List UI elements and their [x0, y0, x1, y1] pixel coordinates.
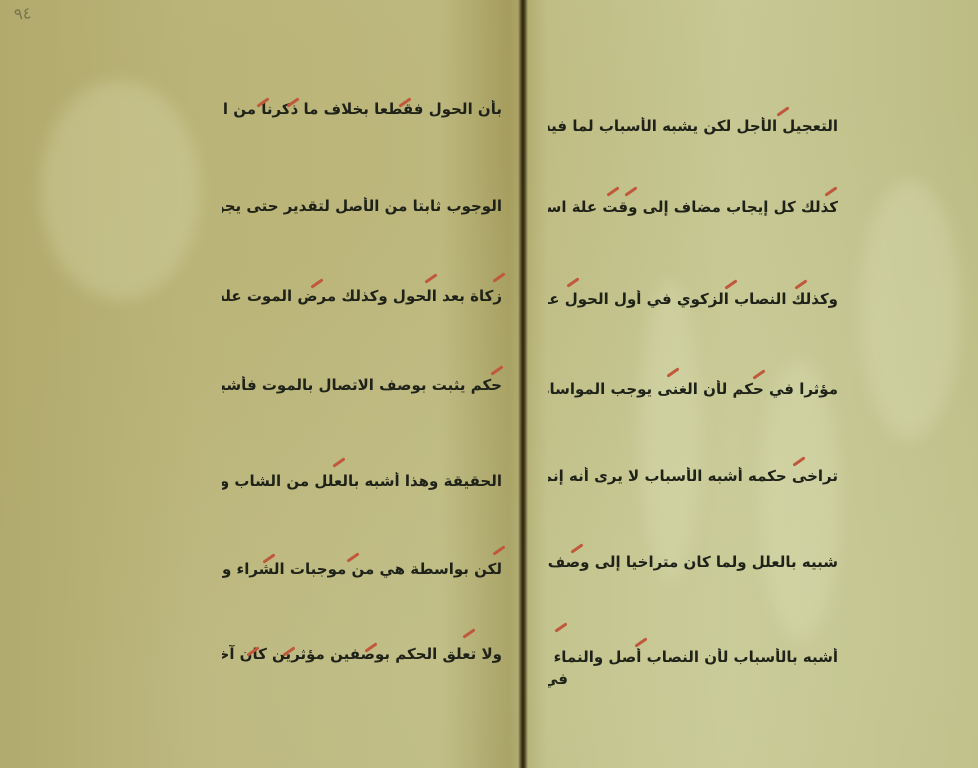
text-line: شبيه بالعلل ولما كان متراخيا إلى وصف لا … [548, 553, 838, 571]
text-line: كذلك كل إيجاب مضاف إلى وقت علة اسما ومعن… [548, 198, 838, 216]
rubric-mark [462, 628, 475, 638]
text-line: ولا تعلق الحكم بوصفين مؤثرين كان آخرهما … [222, 645, 502, 663]
rubric-mark [752, 369, 765, 379]
rubric-mark [606, 186, 619, 196]
text-line: مؤثرا في حكم لأن الغنى يوجب المواساة لكن… [548, 380, 838, 398]
rubric-mark [492, 545, 505, 555]
rubric-mark [776, 106, 789, 116]
rubric-mark [794, 279, 807, 289]
rubric-mark [424, 273, 437, 283]
right-page: التعجيل الأجل لكن يشبه الأسباب لما فيه م… [526, 0, 978, 768]
rubric-mark [554, 622, 567, 632]
text-line: أشبه بالأسباب لأن النصاب أصل والنماء وصف… [548, 648, 838, 666]
manuscript-spread: ٩٤ بأن الحول فقطعا بخلاف ما ذكرنا من الب… [0, 0, 978, 768]
rubric-mark [624, 186, 637, 196]
rubric-mark [332, 457, 345, 467]
left-page: ٩٤ بأن الحول فقطعا بخلاف ما ذكرنا من الب… [0, 0, 520, 768]
rubric-mark [724, 279, 737, 289]
rubric-mark [490, 365, 503, 375]
rubric-mark [824, 186, 837, 196]
text-line: حكم يثبت بوصف الاتصال بالموت فأشبه الأسب… [222, 376, 502, 394]
catchword: في [548, 670, 568, 688]
text-line: تراخى حكمه أشبه الأسباب لا يرى أنه إنما … [548, 467, 838, 485]
text-line: التعجيل الأجل لكن يشبه الأسباب لما فيه م… [548, 117, 838, 135]
rubric-mark [566, 277, 579, 287]
text-line: الوجوب ثابتا من الأصل لتقدير حتى يجوز ال… [222, 197, 502, 215]
text-line: وكذلك النصاب الزكوي في أول الحول علة اسم… [548, 290, 838, 308]
folio-number: ٩٤ [13, 3, 32, 24]
text-line: زكاة بعد الحول وكذلك مرض الموت علة لتغيي… [222, 287, 502, 305]
rubric-mark [492, 272, 505, 282]
rubric-mark [634, 637, 647, 647]
rubric-mark [792, 456, 805, 466]
rubric-mark [666, 367, 679, 377]
text-line: الحقيقة وهذا أشبه بالعلل من الشاب وكذلك … [222, 472, 502, 490]
